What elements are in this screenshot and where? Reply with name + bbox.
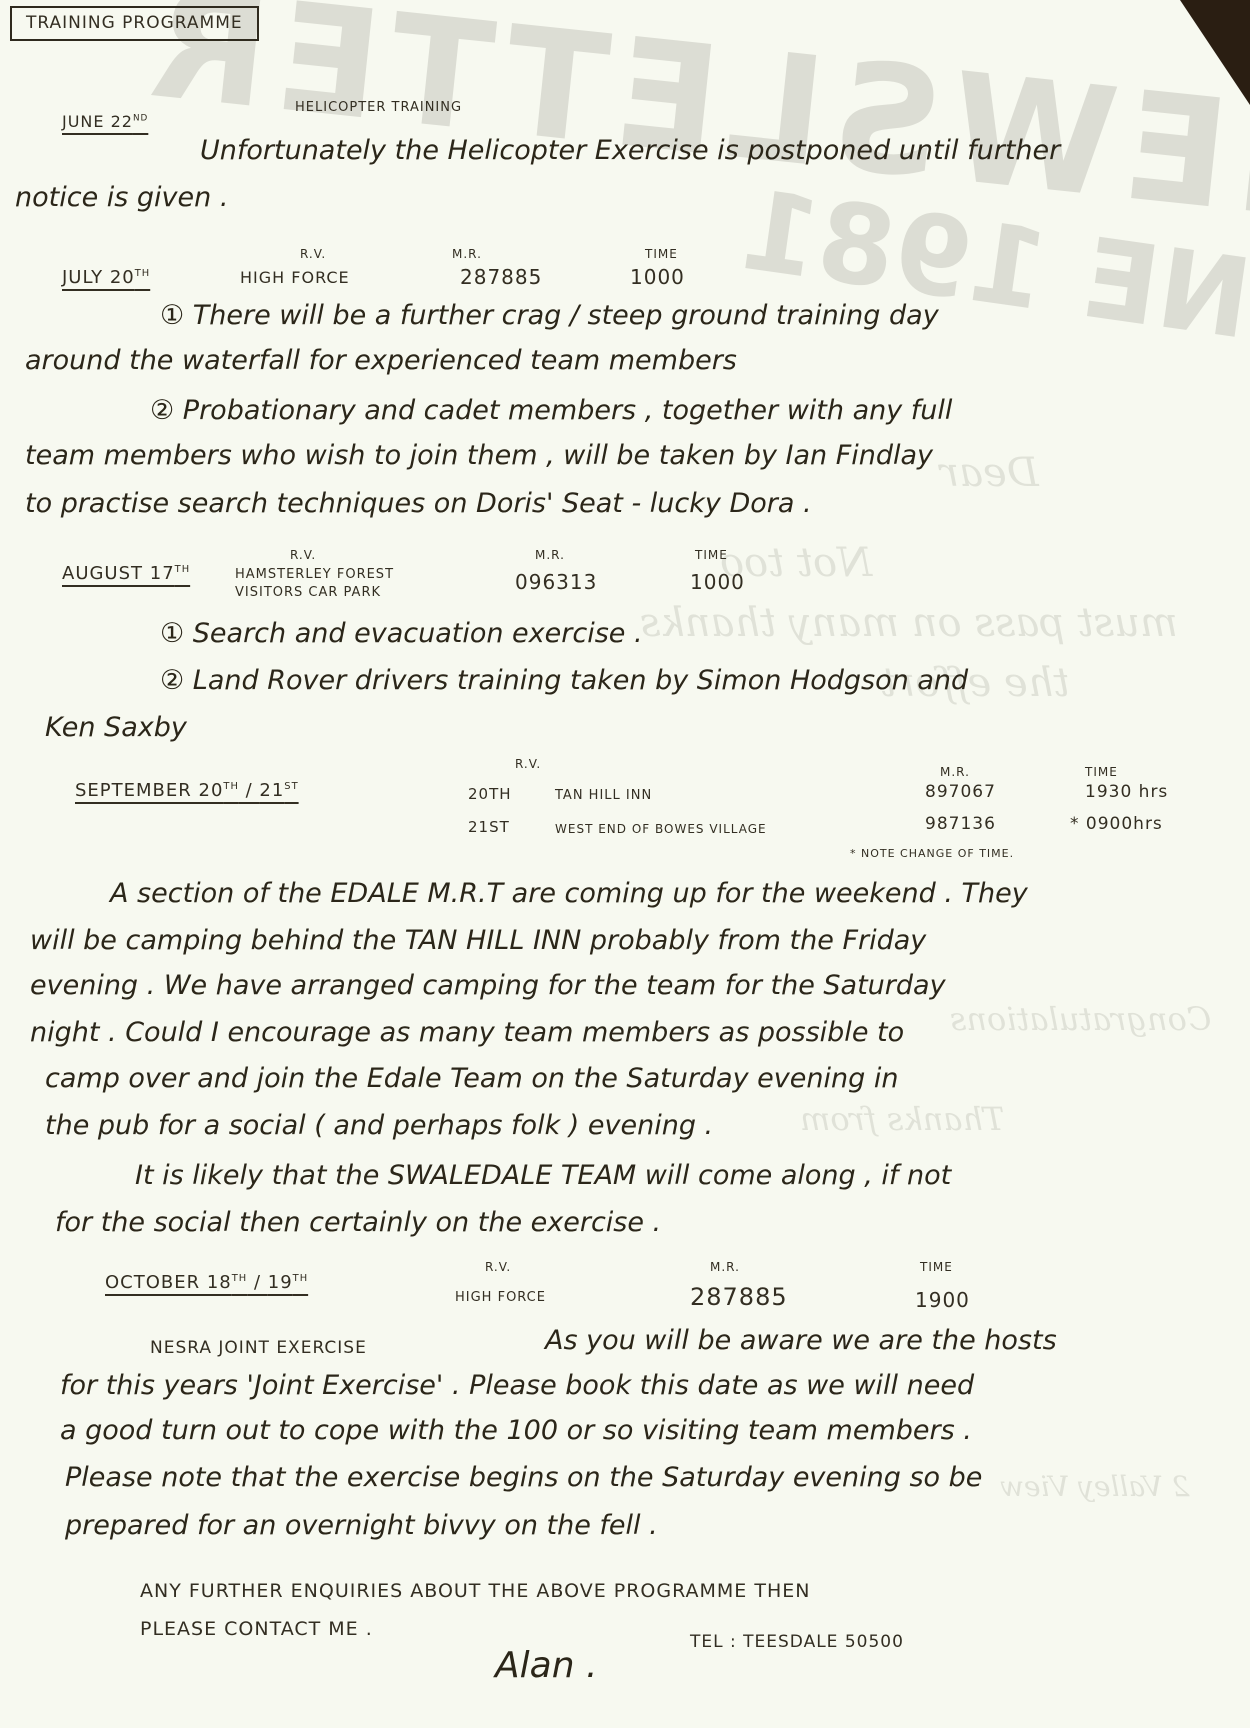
event-time: 1000 [690,570,745,594]
event-rv: HAMSTERLEY FOREST [235,567,394,582]
column-label-mr: M.R. [710,1260,740,1274]
column-label-time: TIME [1085,765,1118,779]
column-label-mr: M.R. [452,247,482,261]
event-date: AUGUST 17th [62,563,190,584]
event-rv: TAN HILL INN [555,788,652,803]
telephone-number: TEL : TEESDALE 50500 [690,1632,904,1652]
event-date: JUNE 22nd [62,112,148,131]
event-text-line: for this years 'Joint Exercise' . Please… [60,1370,974,1401]
event-subject: NESRA JOINT EXERCISE [150,1338,367,1358]
event-text-line: the pub for a social ( and perhaps folk … [45,1110,713,1141]
bleed-through-text: Congratulations [950,1000,1211,1038]
column-label-mr: M.R. [940,765,970,779]
watermark-date: JUNE 1981 [734,166,1250,382]
event-text-line: Unfortunately the Helicopter Exercise is… [200,135,1060,166]
event-rv: WEST END OF BOWES VILLAGE [555,822,767,836]
event-mr: 987136 [925,814,996,834]
event-text-line: for the social then certainly on the exe… [55,1207,661,1238]
watermark-newsletter: NEWSLETTER [134,0,1250,258]
event-rv: VISITORS CAR PARK [235,585,381,600]
column-label-time: TIME [920,1260,953,1274]
event-date: SEPTEMBER 20th / 21st [75,780,299,801]
event-text-line: It is likely that the SWALEDALE TEAM wil… [135,1160,951,1191]
event-text-line: prepared for an overnight bivvy on the f… [65,1510,658,1541]
event-text-line: around the waterfall for experienced tea… [25,345,737,376]
column-label-rv: R.V. [485,1260,511,1274]
event-rv: HIGH FORCE [240,268,350,287]
bleed-through-text: must pass on many thanks [640,600,1178,646]
event-time: * 0900hrs [1070,814,1163,834]
event-mr: 287885 [460,265,542,289]
event-text-line: ② Probationary and cadet members , toget… [150,395,952,426]
event-text-line: Ken Saxby [45,712,187,743]
event-time: 1900 [915,1288,970,1312]
event-text-line: evening . We have arranged camping for t… [30,970,946,1001]
event-day: 21st [468,818,510,836]
column-label-mr: M.R. [535,548,565,562]
enquiries-line: PLEASE CONTACT ME . [140,1618,373,1640]
event-time: 1000 [630,265,685,289]
folded-corner [1180,0,1250,105]
event-text-line: team members who wish to join them , wil… [25,440,933,471]
column-label-time: TIME [695,548,728,562]
event-date: OCTOBER 18th / 19th [105,1272,308,1293]
signature: Alan . [495,1645,597,1686]
column-label-rv: R.V. [300,247,326,261]
document-page: NEWSLETTER JUNE 1981 Dear Not too must p… [0,0,1250,1728]
event-day: 20th [468,785,512,803]
event-text-line: ① There will be a further crag / steep g… [160,300,939,331]
event-text-line: camp over and join the Edale Team on the… [45,1063,898,1094]
bleed-through-text: Thanks from [800,1100,1004,1138]
column-label-rv: R.V. [515,757,541,771]
bleed-through-text: 2 Valley View [1000,1470,1189,1503]
event-date: JULY 20th [62,267,150,288]
event-mr: 897067 [925,782,996,802]
event-text-line: ① Search and evacuation exercise . [160,618,643,649]
event-mr: 287885 [690,1283,788,1311]
event-text-line: Please note that the exercise begins on … [65,1462,982,1493]
event-text-line: to practise search techniques on Doris' … [25,488,812,519]
page-title: TRAINING PROGRAMME [10,6,259,41]
event-subject: HELICOPTER TRAINING [295,100,462,115]
enquiries-line: ANY FURTHER ENQUIRIES ABOUT THE ABOVE PR… [140,1580,810,1602]
event-text-line: A section of the EDALE M.R.T are coming … [110,878,1028,909]
event-text-line: a good turn out to cope with the 100 or … [60,1415,972,1446]
time-change-note: * NOTE CHANGE OF TIME. [850,847,1014,860]
column-label-time: TIME [645,247,678,261]
column-label-rv: R.V. [290,548,316,562]
event-text-line: night . Could I encourage as many team m… [30,1017,904,1048]
event-text-line: As you will be aware we are the hosts [545,1325,1057,1356]
event-text-line: notice is given . [15,182,228,213]
event-rv: HIGH FORCE [455,1290,546,1305]
bleed-through-text: Dear [940,450,1039,496]
event-mr: 096313 [515,570,597,594]
event-time: 1930 hrs [1085,782,1168,802]
event-text-line: ② Land Rover drivers training taken by S… [160,665,968,696]
event-text-line: will be camping behind the TAN HILL INN … [30,925,926,956]
